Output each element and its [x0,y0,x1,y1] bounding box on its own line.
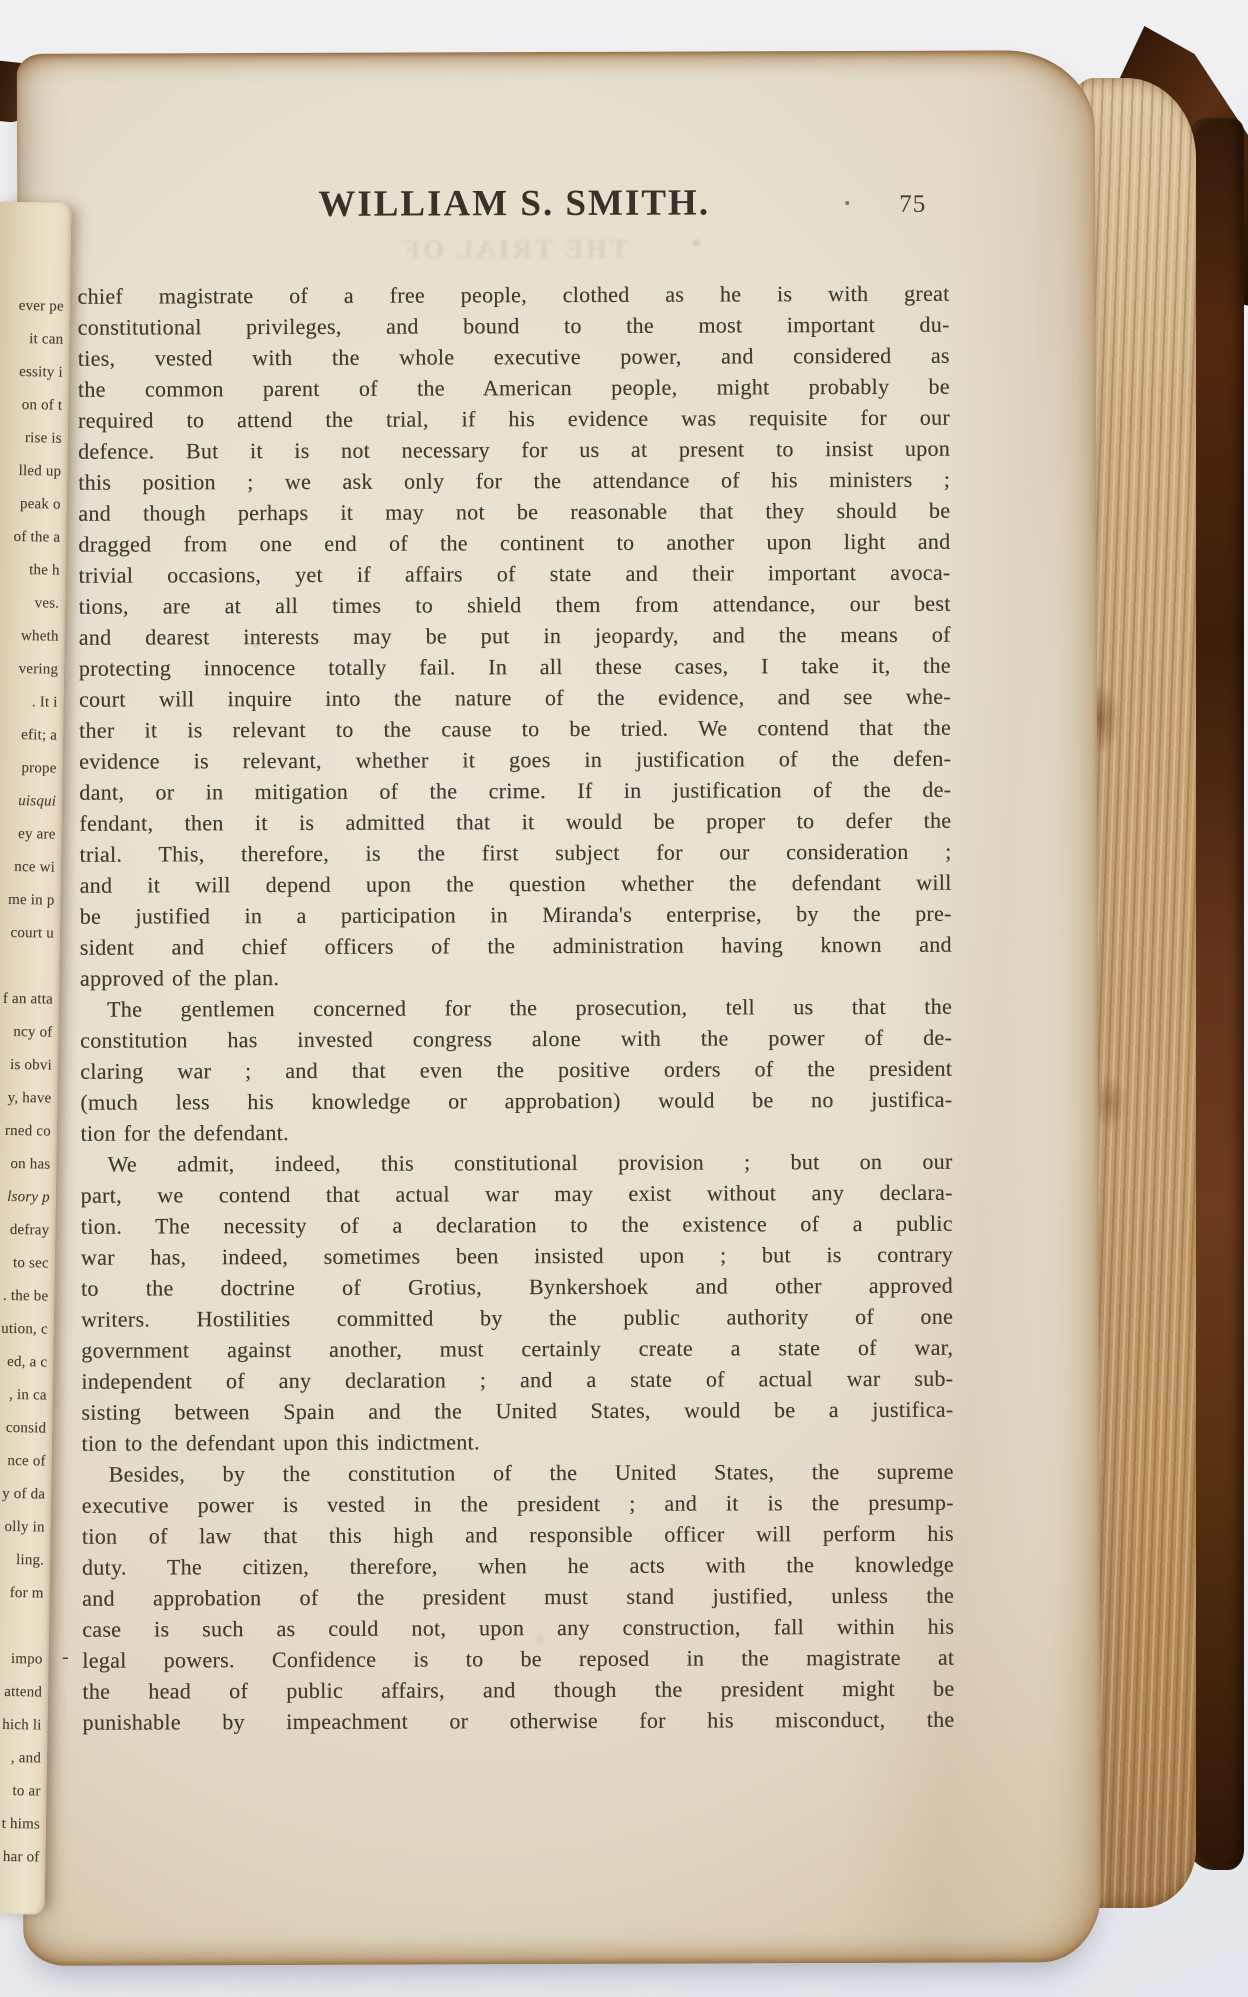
body-line: tion of law that this high and responsib… [82,1518,954,1552]
body-line: and approbation of the president must st… [82,1580,954,1614]
body-line: and it will depend upon the question whe… [80,867,952,901]
body-line: evidence is relevant, whether it goes in… [79,743,951,777]
body-line: government against another, must certain… [81,1332,953,1366]
facing-page-fragment: rned co [0,1114,51,1149]
body-line: executive power is vested in the preside… [82,1487,954,1521]
body-line: and though perhaps it may not be reasona… [78,495,950,529]
body-line: We admit, indeed, this constitutional pr… [80,1146,952,1180]
facing-page-fragment: lsory p [0,1180,50,1215]
facing-page-fragment [0,1608,43,1643]
body-line: The gentlemen concerned for the prosecut… [80,991,952,1025]
body-line: trial. This, therefore, is the first sub… [79,836,951,870]
facing-page-fragment: efit; a [0,718,57,753]
body-line: court will inquire into the nature of th… [79,681,951,715]
facing-page-fragment: lled up [0,454,61,489]
body-line: chief magistrate of a free people, cloth… [77,278,949,312]
facing-page-fragment: ed, a c [0,1344,47,1379]
body-line: and dearest interests may be put in jeop… [79,619,951,653]
body-line: war has, indeed, sometimes been insisted… [81,1239,953,1273]
body-line: trivial occasions, yet if affairs of sta… [78,557,950,591]
page-body-text: chief magistrate of a free people, cloth… [77,278,954,1738]
facing-page-fragment [0,949,54,984]
body-line: tion to the defendant upon this indictme… [81,1425,953,1459]
body-line: to the doctrine of Grotius, Bynkershoek … [81,1270,953,1304]
body-line: constitutional privileges, and bound to … [78,309,950,343]
facing-page-fragment: nce of [0,1443,46,1478]
facing-page-fragment: olly in [0,1509,45,1544]
facing-page-fragment: prope [0,751,57,786]
facing-page-fragment: for m [0,1575,44,1610]
facing-page-fragment: the h [0,553,60,588]
body-line: ther it is relevant to the cause to be t… [79,712,951,746]
facing-page-fragment: on of t [0,388,63,423]
facing-page-fragment: har of [0,1839,40,1874]
ink-speck [845,201,849,205]
margin-mark: - [62,1646,69,1669]
facing-page-fragment: to sec [0,1246,49,1281]
body-line: tion for the defendant. [80,1115,952,1149]
body-line: protecting innocence totally fail. In al… [79,650,951,684]
body-line: the common parent of the American people… [78,371,950,405]
book-page: WILLIAM S. SMITH. 75 THE TRIAL OF chief … [17,50,1102,1966]
body-line: legal powers. Confidence is to be repose… [82,1642,954,1676]
body-line: defence. But it is not necessary for us … [78,433,950,467]
facing-page-fragment: t hims [0,1806,40,1841]
body-line: Besides, by the constitution of the Unit… [82,1456,954,1490]
facing-page-fragment: ves. [0,586,59,621]
show-through-text: THE TRIAL OF [314,233,714,265]
facing-page-fragment: court u [0,916,54,951]
body-line: claring war ; and that even the positive… [80,1053,952,1087]
body-line: dant, or in mitigation of the crime. If … [79,774,951,808]
facing-page-fragment: . It i [0,685,58,720]
body-line: fendant, then it is admitted that it wou… [79,805,951,839]
facing-page-fragment: consid [0,1410,46,1445]
facing-page-fragment: it can [0,322,64,357]
facing-page-fragment: of the a [0,520,60,555]
body-line: punishable by impeachment or otherwise f… [82,1704,954,1738]
facing-page-fragment: rise is [0,421,62,456]
body-line: tions, are at all times to shield them f… [79,588,951,622]
facing-page-fragment: f an atta [0,982,53,1017]
facing-page-fragment: to ar [0,1773,41,1808]
facing-page-fragment: nce wi [0,850,55,885]
body-line: approved of the plan. [80,960,952,994]
facing-page-fragment: , and [0,1740,41,1775]
facing-page-fragment: impo [0,1641,43,1676]
facing-page-fragment: is obvi [0,1048,52,1083]
facing-page-fragment: hich li [0,1707,42,1742]
facing-page-fragment: on has [0,1147,51,1182]
body-line: the head of public affairs, and though t… [82,1673,954,1707]
facing-page-fragment: me in p [0,883,55,918]
facing-page-fragment: . the be [0,1278,49,1313]
body-line: constitution has invested congress alone… [80,1022,952,1056]
facing-page-fragment: ution, c [0,1311,48,1346]
body-line: case is such as could not, upon any cons… [82,1611,954,1645]
body-line: required to attend the trial, if his evi… [78,402,950,436]
body-line: tion. The necessity of a declaration to … [81,1208,953,1242]
facing-page-fragment: ey are [0,817,56,852]
photo-backdrop: WILLIAM S. SMITH. 75 THE TRIAL OF chief … [0,0,1248,1997]
facing-page-fragment: ever pe [0,289,64,324]
facing-page-fragment: y, have [0,1081,52,1116]
body-line: ties, vested with the whole executive po… [78,340,950,374]
body-line: this position ; we ask only for the atte… [78,464,950,498]
facing-page-fragment: , in ca [0,1377,47,1412]
facing-page-fragment: y of da [0,1476,45,1511]
facing-page-fragment: uisqui [0,784,56,819]
body-line: (much less his knowledge or approbation)… [80,1084,952,1118]
facing-page-fragment: wheth [0,619,59,654]
body-line: writers. Hostilities committed by the pu… [81,1301,953,1335]
facing-page-fragment: vering [0,652,58,687]
running-header-title: WILLIAM S. SMITH. [314,181,714,225]
body-line: dragged from one end of the continent to… [78,526,950,560]
body-line: independent of any declaration ; and a s… [81,1363,953,1397]
body-line: duty. The citizen, therefore, when he ac… [82,1549,954,1583]
facing-page-fragment: peak o [0,487,61,522]
facing-page-fragment: ncy of [0,1015,53,1050]
body-line: sisting between Spain and the United Sta… [81,1394,953,1428]
body-line: sident and chief officers of the adminis… [80,929,952,963]
facing-page-fragment: attend [0,1674,42,1709]
page-number: 75 [899,191,959,219]
facing-page-fragment: essity i [0,355,63,390]
facing-page-fragment: ling. [0,1542,44,1577]
body-line: be justified in a participation in Miran… [80,898,952,932]
body-line: part, we contend that actual war may exi… [81,1177,953,1211]
facing-page-fragment: defray [0,1213,50,1248]
